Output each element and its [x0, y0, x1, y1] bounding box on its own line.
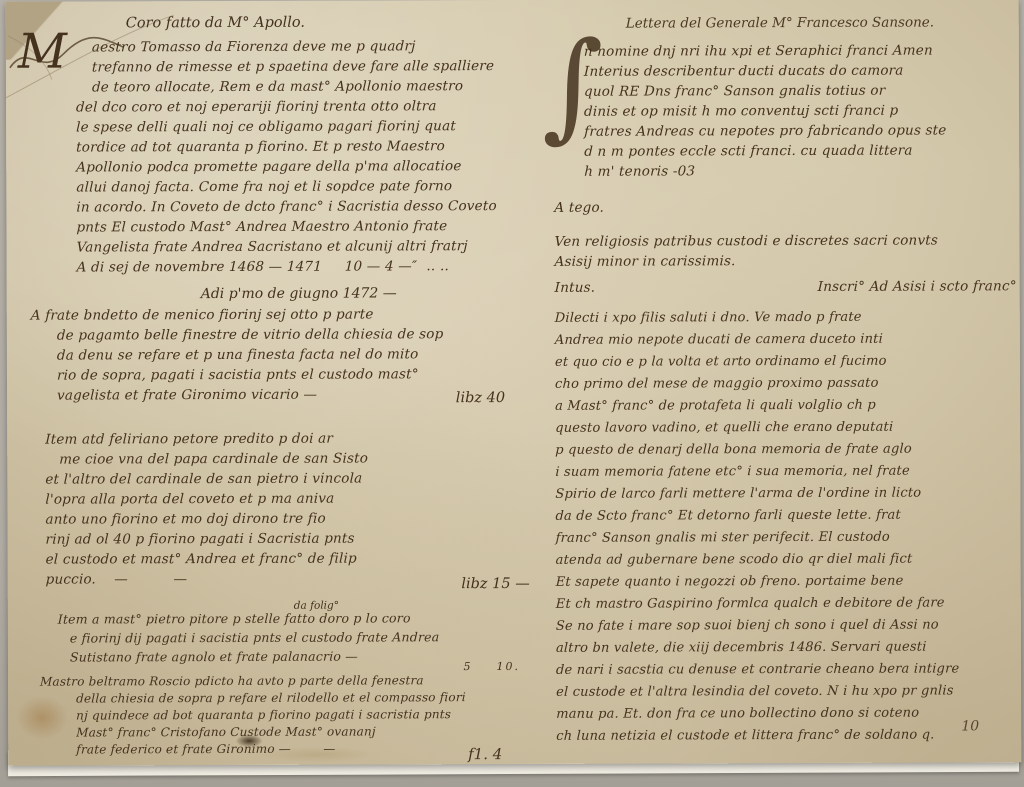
manuscript-line: el custodo et mast° Andrea et franc° de … — [45, 548, 534, 570]
manuscript-line: pnts El custodo Mast° Andrea Maestro Ant… — [76, 216, 533, 238]
date-heading: Adi p'mo de giugno 1472 — — [201, 282, 533, 305]
left-entry-2: Adi p'mo de giugno 1472 — A frate bndett… — [31, 282, 533, 406]
manuscript-line: Apollonio podca promette pagare della p'… — [76, 156, 533, 178]
left-entry-1-lines: aestro Tomasso da Fiorenza deve me p qua… — [76, 36, 533, 278]
manuscript-line: Asisij minor in carissimis. — [554, 250, 1017, 272]
manuscript-line: h m' tenoris -03 — [584, 160, 1017, 182]
manuscript-page: Coro fatto da M° Apollo. M aestro Tomass… — [6, 0, 1022, 766]
manuscript-line: della chiesia de sopra p refare el rilod… — [76, 689, 535, 708]
manuscript-line: in acordo. In Coveto de dcto franc° i Sa… — [76, 196, 533, 218]
manuscript-line: questo lavoro vadino, et quelli che eran… — [555, 416, 1018, 440]
manuscript-line: Ven religiosis patribus custodi e discre… — [554, 230, 1017, 252]
manuscript-line: atenda ad gubernare bene scodo dio qr di… — [555, 548, 1018, 572]
manuscript-line: anto uno fiorino et mo doj dirono tre fi… — [45, 508, 534, 530]
manuscript-line: Et ch mastro Gaspirino formlca qualch e … — [555, 592, 1018, 616]
manuscript-line: Dilecti i xpo filis saluti i dno. Ve mad… — [554, 306, 1017, 330]
manuscript-line: quol RE Dns franc° Sanson gnalis totius … — [584, 80, 1017, 102]
manuscript-line: i suam memoria fatene etc° i sua memoria… — [555, 460, 1018, 484]
manuscript-line: Item atd feliriano petore predito p doi … — [45, 428, 534, 450]
manuscript-line: l'opra alla porta del coveto et p ma ani… — [45, 488, 534, 510]
right-entry-2-lines: A tego. — [554, 196, 1016, 218]
manuscript-line: cho primo del mese de maggio proximo pas… — [555, 372, 1018, 396]
manuscript-line: Andrea mio nepote ducati de camera ducet… — [555, 328, 1018, 352]
manuscript-line: Item a mast° pietro pitore p stelle fatt… — [58, 608, 535, 629]
manuscript-line: a Mast° franc° de protafeta li quali vol… — [555, 394, 1018, 418]
drop-cap-initial: M — [18, 28, 67, 76]
manuscript-line: aestro Tomasso da Fiorenza deve me p qua… — [92, 36, 533, 58]
left-entry-1: M aestro Tomasso da Fiorenza deve me p q… — [30, 36, 533, 278]
right-entry-3-lines: Ven religiosis patribus custodi e discre… — [554, 230, 1016, 272]
left-entry-5-lines: Mastro beltramo Roscio pdicto ha avto p … — [40, 672, 534, 759]
manuscript-line: Se no fate i mare sop suoi bienj ch sono… — [556, 614, 1019, 638]
manuscript-line: el custode et l'altra lesindia del covet… — [556, 680, 1019, 704]
manuscript-line: de teoro allocate, Rem e da mast° Apollo… — [92, 76, 533, 98]
left-column: Coro fatto da M° Apollo. M aestro Tomass… — [30, 12, 535, 759]
left-entry-3-lines: Item atd feliriano petore predito p doi … — [45, 428, 534, 590]
right-entry-3: Ven religiosis patribus custodi e discre… — [554, 230, 1016, 272]
manuscript-line: le spese delli quali noj ce obligamo pag… — [76, 116, 533, 138]
manuscript-line: dinis et op misit h mo conventuj scti fr… — [584, 100, 1017, 122]
left-column-title: Coro fatto da M° Apollo. — [126, 12, 532, 33]
manuscript-line: A di sej de novembre 1468 — 1471 10 — 4 … — [76, 256, 533, 278]
manuscript-line: e fiorinj dij pagati i sacistia pnts el … — [70, 627, 535, 648]
page-number: 10 — [961, 718, 979, 734]
manuscript-line: p questo de denarj della bona memoria de… — [555, 438, 1018, 462]
address-note: Inscri° Ad Asisi i scto franc° — [817, 276, 1017, 297]
manuscript-line: da denu se refare et p una finesta facta… — [57, 344, 534, 366]
manuscript-line: franc° Sanson gnalis mi ster perifecit. … — [555, 526, 1018, 550]
manuscript-line: de pagamto belle finestre de vitrio dell… — [57, 324, 534, 346]
manuscript-line: de nari i sacstia cu denuse et contrarie… — [556, 658, 1019, 682]
right-entry-5: Dilecti i xpo filis saluti i dno. Ve mad… — [555, 306, 1019, 748]
manuscript-line: me cioe vna del papa cardinale de san Si… — [59, 448, 534, 470]
manuscript-line: ch luna netizia el custode et littera fr… — [556, 724, 1019, 748]
manuscript-line: nj quindece ad bot quaranta p fiorino pa… — [76, 706, 535, 725]
intus-label: Intus. — [554, 278, 595, 298]
manuscript-line: frate federico et frate Gironimo — — — [76, 740, 535, 759]
amount-label: libz 15 — — [461, 576, 529, 592]
left-entry-4: da folig° Item a mast° pietro pitore p s… — [32, 608, 534, 667]
manuscript-line: et l'altro del cardinale de san pietro i… — [45, 468, 534, 490]
manuscript-line: Vangelista frate Andrea Sacristano et al… — [76, 236, 533, 258]
manuscript-line: n nomine dnj nri ihu xpi et Seraphici fr… — [584, 40, 1017, 62]
amount-label: libz 40 — [456, 390, 505, 406]
manuscript-line: altro bn valete, die xiij decembris 1486… — [556, 636, 1019, 660]
manuscript-line: da de Scto franc° Et detorno farli quest… — [555, 504, 1018, 528]
right-column-title: Lettera del Generale M° Francesco Sanson… — [626, 12, 1016, 33]
left-entry-4-lines: Item a mast° pietro pitore p stelle fatt… — [58, 608, 534, 667]
right-entry-1-lines: n nomine dnj nri ihu xpi et Seraphici fr… — [584, 40, 1016, 182]
right-column: Lettera del Generale M° Francesco Sanson… — [554, 12, 1019, 748]
manuscript-line: A tego. — [554, 196, 1017, 218]
manuscript-photo: { "page": { "page_number": "10", "colors… — [0, 0, 1024, 787]
manuscript-line: Mastro beltramo Roscio pdicto ha avto p … — [40, 672, 535, 691]
manuscript-line: fratres Andreas cu nepotes pro fabricand… — [584, 120, 1017, 142]
left-entry-3: Item atd feliriano petore predito p doi … — [31, 428, 534, 590]
manuscript-line: rinj ad ol 40 p fiorino pagati i Sacrist… — [45, 528, 534, 550]
manuscript-line: d n m pontes eccle scti franci. cu quada… — [584, 140, 1017, 162]
manuscript-line: A frate bndetto de menico fiorinj sej ot… — [30, 304, 533, 326]
manuscript-line: trefanno de rimesse et p spaetina deve f… — [92, 56, 533, 78]
manuscript-line: allui danoj facta. Come fra noj et li so… — [76, 176, 533, 198]
manuscript-line: manu pa. Et. don fra ce uno bollectino d… — [556, 702, 1019, 726]
right-entry-2: A tego. — [554, 196, 1016, 218]
left-entry-5: Mastro beltramo Roscio pdicto ha avto p … — [32, 672, 534, 759]
manuscript-line: Et sapete quanto i negozzi ob freno. por… — [555, 570, 1018, 594]
manuscript-line: et quo cio e p la volta et arto ordinamo… — [555, 350, 1018, 374]
manuscript-line: rio de sopra, pagati i sacistia pnts el … — [57, 364, 534, 386]
manuscript-line: Interius describentur ducti ducats do ca… — [584, 60, 1017, 82]
right-entry-1: ∫ n nomine dnj nri ihu xpi et Seraphici … — [554, 40, 1016, 182]
manuscript-line: tordice ad tot quaranta p fiorino. Et p … — [76, 136, 533, 158]
right-entry-4: Intus. Inscri° Ad Asisi i scto franc° — [555, 276, 1017, 298]
manuscript-line: Spirio de larco farli mettere l'arma de … — [555, 482, 1018, 506]
manuscript-line: del dco coro et noj eperariji fiorinj tr… — [76, 96, 533, 118]
manuscript-line: Mast° franc° Cristofano Custode Mast° ov… — [76, 723, 535, 742]
right-entry-5-lines: Dilecti i xpo filis saluti i dno. Ve mad… — [555, 306, 1019, 748]
amount-label: f1. 4 — [468, 745, 502, 763]
